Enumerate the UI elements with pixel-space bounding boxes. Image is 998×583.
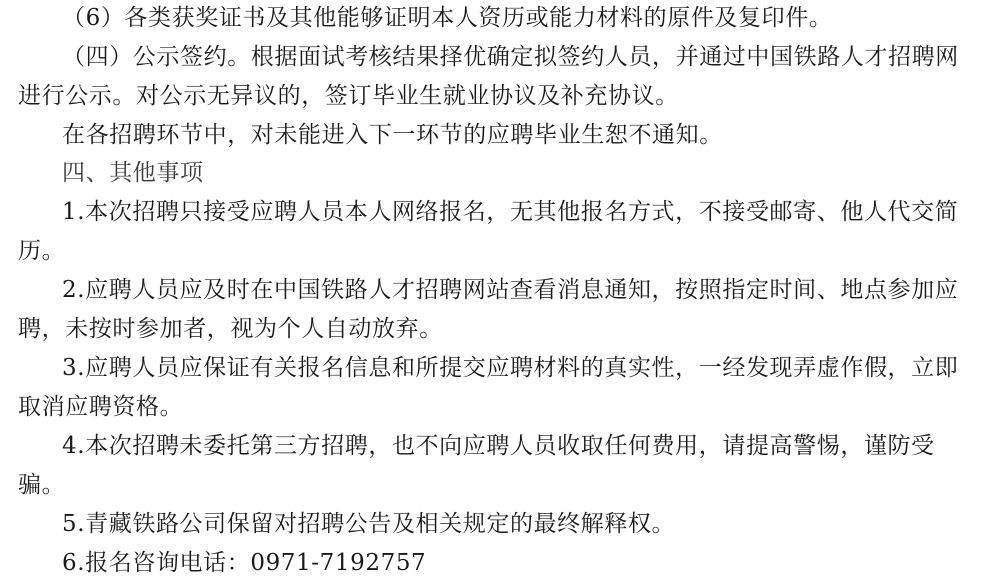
paragraph-item-6-materials: （6）各类获奖证书及其他能够证明本人资历或能力材料的原件及复印件。 — [62, 0, 832, 38]
document-page: （6）各类获奖证书及其他能够证明本人资历或能力材料的原件及复印件。 （四）公示签… — [0, 0, 998, 583]
paragraph-no-notice: 在各招聘环节中，对未能进入下一环节的应聘毕业生恕不通知。 — [62, 116, 723, 155]
rule-2-line-2: 聘，未按时参加者，视为个人自动放弃。 — [18, 310, 443, 349]
rule-6-contact-phone: 6.报名咨询电话：0971-7192757 — [62, 544, 426, 583]
rule-5: 5.青藏铁路公司保留对招聘公告及相关规定的最终解释权。 — [62, 505, 675, 544]
rule-3-line-2: 取消应聘资格。 — [18, 388, 183, 427]
section-heading-other-matters: 四、其他事项 — [62, 154, 204, 193]
rule-3-line-1: 3.应聘人员应保证有关报名信息和所提交应聘材料的真实性，一经发现弄虚作假，立即 — [62, 349, 958, 388]
rule-1-line-2: 历。 — [18, 232, 65, 271]
rule-4-line-1: 4.本次招聘未委托第三方招聘，也不向应聘人员收取任何费用，请提高警惕，谨防受 — [62, 427, 935, 466]
rule-1-line-1: 1.本次招聘只接受应聘人员本人网络报名，无其他报名方式，不接受邮寄、他人代交简 — [62, 193, 958, 232]
paragraph-public-signing-line-2: 进行公示。对公示无异议的，签订毕业生就业协议及补充协议。 — [18, 77, 679, 116]
rule-2-line-1: 2.应聘人员应及时在中国铁路人才招聘网站查看消息通知，按照指定时间、地点参加应 — [62, 271, 958, 310]
paragraph-public-signing-line-1: （四）公示签约。根据面试考核结果择优确定拟签约人员，并通过中国铁路人才招聘网 — [62, 38, 959, 77]
rule-4-line-2: 骗。 — [18, 466, 65, 505]
